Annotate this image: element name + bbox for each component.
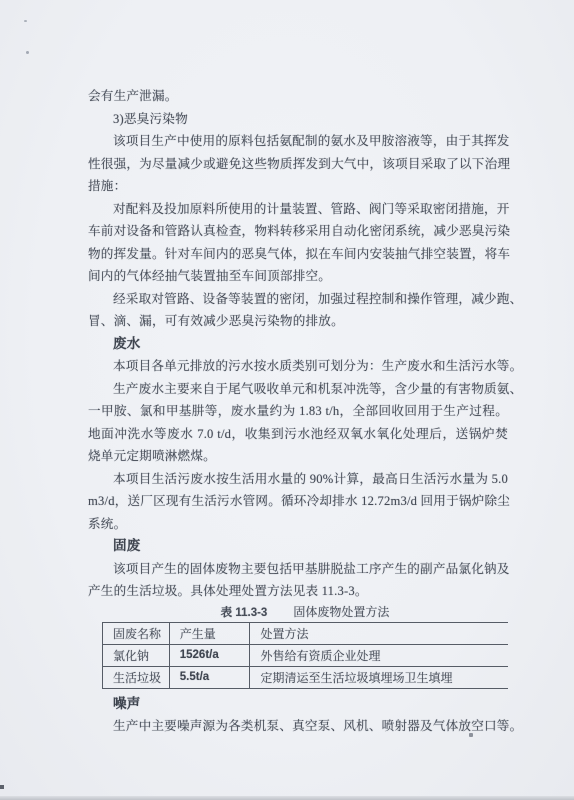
scan-speckle: [0, 785, 4, 789]
table-caption-number: 表 11.3-3: [221, 607, 268, 619]
section-heading-wastewater: 废水: [88, 333, 508, 356]
text-line: 物的挥发量。针对车间内的恶臭气体，拟在车间内安装抽气排空装置，将车: [88, 243, 508, 266]
text-line: 本项目生活污废水按生活用水量的 90%计算，最高日生活污水量为 5.0: [88, 468, 508, 491]
table-header-cell: 处置方法: [250, 622, 508, 644]
text-line: 一甲胺、氯和甲基肼等，废水量约为 1.83 t/h，全部回收回用于生产过程。: [88, 400, 508, 423]
text-line: 间内的气体经抽气装置抽至车间顶部排空。: [88, 265, 508, 288]
scan-bottom-edge: [0, 796, 574, 800]
scan-speckle: [24, 20, 27, 22]
table-cell: 外售给有资质企业处理: [250, 644, 508, 666]
text-line: 性很强，为尽量减少或避免这些物质挥发到大气中，该项目采取了以下治理: [88, 153, 508, 176]
table-cell: 5.5t/a: [169, 666, 250, 688]
table-header-row: 固废名称 产生量 处置方法: [103, 622, 509, 644]
table-cell: 氯化钠: [103, 644, 170, 666]
table-row: 生活垃圾 5.5t/a 定期清运至生活垃圾填埋场卫生填埋: [103, 666, 509, 688]
text-line: 冒、滴、漏，可有效减少恶臭污染物的排放。: [88, 310, 508, 333]
table-header-cell: 固废名称: [103, 622, 170, 644]
text-column: 会有生产泄漏。 3)恶臭污染物 该项目生产中使用的原料包括氨配制的氨水及甲胺溶液…: [88, 85, 508, 738]
table-row: 氯化钠 1526t/a 外售给有资质企业处理: [103, 644, 509, 666]
text-line: 该项目产生的固体废物主要包括甲基肼脱盐工序产生的副产品氯化钠及: [88, 558, 508, 581]
text-line: 系统。: [88, 513, 508, 536]
table-cell: 定期清运至生活垃圾填埋场卫生填埋: [250, 666, 508, 688]
text-line: 经采取对管路、设备等装置的密闭，加强过程控制和操作管理，减少跑、: [88, 288, 508, 311]
text-line: m3/d，送厂区现有生活污水管网。循环冷却排水 12.72m3/d 回用于锅炉除…: [88, 490, 508, 513]
text-line: 对配料及投加原料所使用的计量装置、管路、阀门等采取密闭措施，开: [88, 198, 508, 221]
section-heading-solid-waste: 固废: [88, 535, 508, 558]
text-line: 生产中主要噪声源为各类机泵、真空泵、风机、喷射器及气体放空口等。: [88, 715, 508, 738]
text-line: 该项目生产中使用的原料包括氨配制的氨水及甲胺溶液等，由于其挥发: [88, 130, 508, 153]
table-caption: 表 11.3-3固体废物处置方法: [102, 603, 508, 622]
table-header-cell: 产生量: [169, 622, 250, 644]
text-line: 车前对设备和管路认真检查，物料转移采用自动化密闭系统，减少恶臭污染: [88, 220, 508, 243]
text-line: 3)恶臭污染物: [88, 108, 508, 131]
text-line: 本项目各单元排放的污水按水质类别可划分为：生产废水和生活污水等。: [88, 355, 508, 378]
section-heading-noise: 噪声: [88, 693, 508, 716]
table-caption-title: 固体废物处置方法: [293, 605, 389, 619]
text-line: 会有生产泄漏。: [88, 85, 508, 108]
text-line: 措施：: [88, 175, 508, 198]
scan-speckle: [26, 51, 29, 54]
solid-waste-table: 固废名称 产生量 处置方法 氯化钠 1526t/a 外售给有资质企业处理 生活垃…: [102, 622, 508, 689]
table-cell: 1526t/a: [169, 644, 250, 666]
text-line: 生产废水主要来自于尾气吸收单元和机泵冲洗等，含少量的有害物质氨、: [88, 378, 508, 401]
table-cell: 生活垃圾: [103, 666, 170, 688]
text-line: 地面冲洗水等废水 7.0 t/d，收集到污水池经双氧水氧化处理后，送锅炉焚: [88, 423, 508, 446]
document-page: 会有生产泄漏。 3)恶臭污染物 该项目生产中使用的原料包括氨配制的氨水及甲胺溶液…: [0, 0, 574, 800]
text-line: 烧单元定期喷淋燃煤。: [88, 445, 508, 468]
text-line: 产生的生活垃圾。具体处理处置方法见表 11.3-3。: [88, 580, 508, 603]
